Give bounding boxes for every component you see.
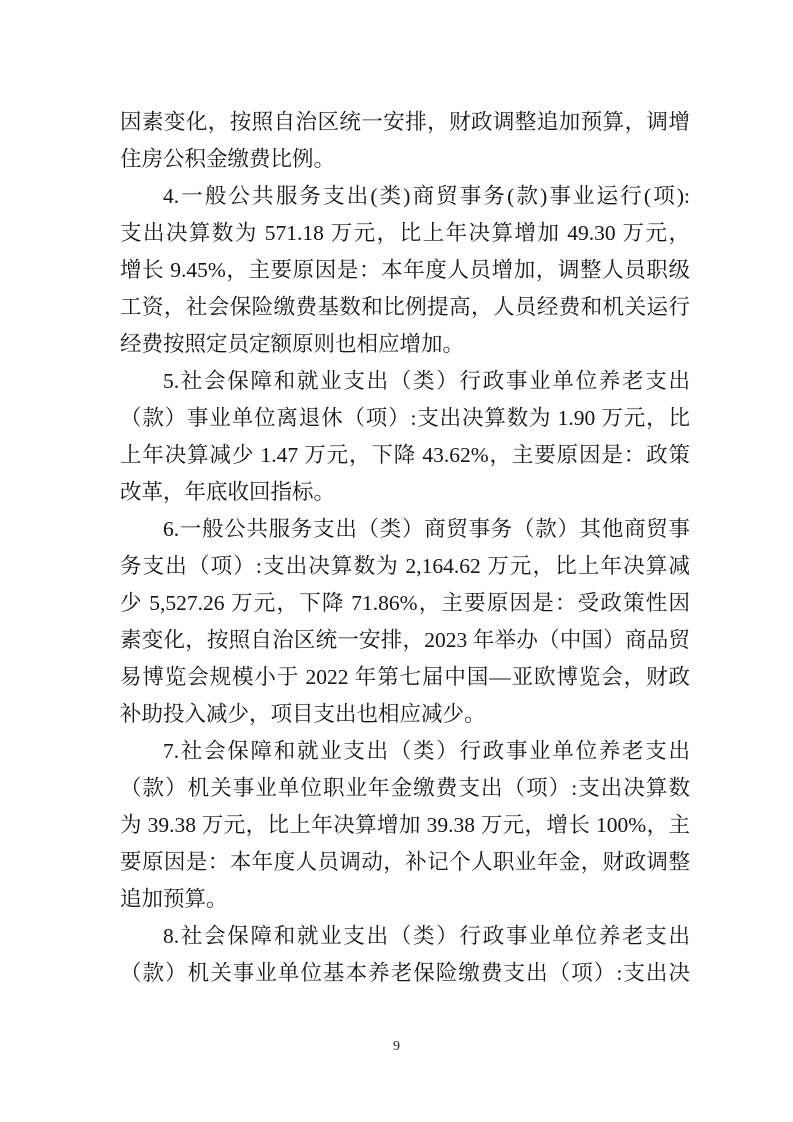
text-line-item-5: 5.社会保障和就业支出（类）行政事业单位养老支出 [120, 363, 690, 400]
text-line-item-7: 7.社会保障和就业支出（类）行政事业单位养老支出 [120, 733, 690, 770]
text-line: 少 5,527.26 万元，下降 71.86%，主要原因是：受政策性因 [120, 585, 690, 622]
text-line: 素变化，按照自治区统一安排，2023 年举办（中国）商品贸 [120, 622, 690, 659]
text-line: 补助投入减少，项目支出也相应减少。 [120, 696, 690, 733]
text-line: 追加预算。 [120, 881, 690, 918]
text-line: （款）机关事业单位职业年金缴费支出（项）:支出决算数 [120, 770, 690, 807]
text-line: 改革，年底收回指标。 [120, 474, 690, 511]
text-line: 易博览会规模小于 2022 年第七届中国—亚欧博览会，财政 [120, 659, 690, 696]
text-line: 为 39.38 万元，比上年决算增加 39.38 万元，增长 100%，主 [120, 807, 690, 844]
text-line: （款）机关事业单位基本养老保险缴费支出（项）:支出决 [120, 955, 690, 992]
text-line-item-8: 8.社会保障和就业支出（类）行政事业单位养老支出 [120, 918, 690, 955]
text-line-item-6: 6.一般公共服务支出（类）商贸事务（款）其他商贸事 [120, 511, 690, 548]
text-line: 住房公积金缴费比例。 [120, 141, 690, 178]
text-line: 务支出（项）:支出决算数为 2,164.62 万元，比上年决算减 [120, 548, 690, 585]
text-line: 上年决算减少 1.47 万元，下降 43.62%，主要原因是：政策 [120, 437, 690, 474]
document-page: 因素变化，按照自治区统一安排，财政调整追加预算，调增 住房公积金缴费比例。 4.… [0, 0, 793, 1122]
text-line: 因素变化，按照自治区统一安排，财政调整追加预算，调增 [120, 104, 690, 141]
text-line: （款）事业单位离退休（项）:支出决算数为 1.90 万元，比 [120, 400, 690, 437]
text-line: 工资，社会保险缴费基数和比例提高，人员经费和机关运行 [120, 289, 690, 326]
text-line: 要原因是：本年度人员调动，补记个人职业年金，财政调整 [120, 844, 690, 881]
text-line: 增长 9.45%，主要原因是：本年度人员增加，调整人员职级 [120, 252, 690, 289]
text-line-item-4: 4.一般公共服务支出(类)商贸事务(款)事业运行(项): [120, 178, 690, 215]
text-line: 经费按照定员定额原则也相应增加。 [120, 326, 690, 363]
document-body: 因素变化，按照自治区统一安排，财政调整追加预算，调增 住房公积金缴费比例。 4.… [120, 104, 690, 992]
page-number: 9 [0, 1038, 793, 1056]
text-line: 支出决算数为 571.18 万元，比上年决算增加 49.30 万元， [120, 215, 690, 252]
